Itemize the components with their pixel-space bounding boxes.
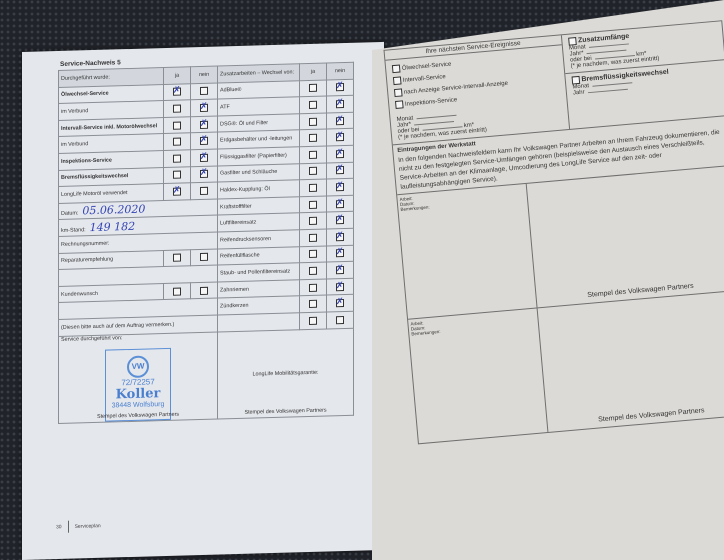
page-footer: 30Serviceplan — [56, 520, 101, 533]
extra-yes-checkbox[interactable] — [309, 233, 317, 241]
left-page: Service-Nachweis 5 Durchgeführt wurde: j… — [22, 42, 384, 560]
yes-checkbox[interactable] — [173, 188, 181, 196]
handwritten-value[interactable]: 05.06.2020 — [82, 203, 145, 218]
header-no: nein — [191, 66, 218, 83]
yes-checkbox[interactable] — [173, 88, 181, 96]
extra-yes-checkbox[interactable] — [309, 316, 317, 324]
service-by-cell: Service durchgeführt von: VW 72/72257 Ko… — [59, 332, 218, 423]
yes-checkbox[interactable] — [173, 154, 181, 162]
extra-yes-checkbox[interactable] — [309, 184, 317, 192]
stamp-caption-2: Stempel des Volkswagen Partners — [218, 406, 353, 416]
yes-checkbox[interactable] — [173, 105, 181, 113]
no-checkbox[interactable] — [200, 154, 208, 162]
extra-yes-checkbox[interactable] — [309, 250, 317, 258]
extra-yes-checkbox[interactable] — [309, 200, 317, 208]
entry-stamp-area-2: Stempel des Volkswagen Partners — [538, 290, 724, 432]
yes-checkbox[interactable] — [173, 138, 181, 146]
brake-checkbox[interactable] — [572, 76, 581, 85]
entry-stamp-caption-2: Stempel des Volkswagen Partners — [547, 403, 724, 428]
brake-year-field[interactable] — [588, 89, 628, 93]
right-page: Ihre nächsten Service-Ereignisse Ölwechs… — [372, 0, 724, 560]
vw-logo-icon: VW — [127, 355, 149, 378]
extra-no-checkbox[interactable] — [336, 150, 344, 158]
extra-no-checkbox[interactable] — [336, 83, 344, 91]
next-service-checkbox[interactable] — [392, 64, 401, 73]
next-services-box: Ihre nächsten Service-Ereignisse Ölwechs… — [383, 20, 724, 444]
mobility-label: LongLife Mobilitätsgarantie: — [220, 368, 351, 378]
yes-checkbox[interactable] — [173, 171, 181, 179]
extra-no-checkbox[interactable] — [336, 249, 344, 257]
no-checkbox[interactable] — [200, 286, 208, 294]
header-yes-2: ja — [300, 63, 327, 80]
extra-no-checkbox[interactable] — [336, 133, 344, 141]
yes-checkbox[interactable] — [173, 287, 181, 295]
extra-yes-checkbox[interactable] — [309, 151, 317, 159]
yes-checkbox[interactable] — [173, 121, 181, 129]
entry-fields-1: Arbeit: Datum: Bemerkungen: — [397, 184, 537, 319]
handwritten-value[interactable]: 149 182 — [90, 219, 136, 233]
section-name: Serviceplan — [75, 523, 101, 530]
extra-no-checkbox[interactable] — [336, 100, 344, 108]
entry-stamp-area-1: Stempel des Volkswagen Partners — [527, 166, 724, 308]
no-checkbox[interactable] — [200, 253, 208, 261]
extra-yes-checkbox[interactable] — [309, 300, 317, 308]
extra-no-checkbox[interactable] — [336, 166, 344, 174]
header-no-2: nein — [327, 62, 354, 79]
header-yes: ja — [164, 67, 191, 84]
no-checkbox[interactable] — [200, 104, 208, 112]
extra-no-checkbox[interactable] — [336, 117, 344, 125]
extra-yes-checkbox[interactable] — [309, 134, 317, 142]
service-record-table: Durchgeführt wurde: ja nein Zusatzarbeit… — [58, 62, 354, 424]
extra-yes-checkbox[interactable] — [309, 217, 317, 225]
next-service-checkbox[interactable] — [394, 88, 403, 97]
extra-no-checkbox[interactable] — [336, 316, 344, 324]
no-checkbox[interactable] — [200, 120, 208, 128]
extras-checkbox[interactable] — [568, 37, 577, 46]
field-label: km-Stand: — [61, 227, 86, 234]
no-checkbox[interactable] — [200, 87, 208, 95]
extra-no-checkbox[interactable] — [336, 266, 344, 274]
extra-no-checkbox[interactable] — [336, 233, 344, 241]
extra-no-checkbox[interactable] — [336, 283, 344, 291]
extra-yes-checkbox[interactable] — [309, 117, 317, 125]
dealer-stamp: VW 72/72257 Koller 38448 Wolfsburg — [105, 347, 171, 421]
mobility-cell: LongLife Mobilitätsgarantie: Stempel des… — [218, 328, 354, 419]
extra-yes-checkbox[interactable] — [309, 84, 317, 92]
entry-fields-2: Arbeit: Datum: Bemerkungen: — [408, 308, 548, 443]
no-checkbox[interactable] — [200, 137, 208, 145]
footer-divider — [68, 521, 69, 533]
extra-yes-checkbox[interactable] — [309, 167, 317, 175]
extra-no-checkbox[interactable] — [336, 183, 344, 191]
stamp-city: 38448 Wolfsburg — [106, 400, 170, 409]
next-service-label: Inspektions-Service — [405, 97, 458, 108]
yes-checkbox[interactable] — [173, 254, 181, 262]
next-service-checkbox[interactable] — [393, 76, 402, 85]
no-checkbox[interactable] — [200, 170, 208, 178]
extra-yes-checkbox[interactable] — [309, 283, 317, 291]
no-checkbox[interactable] — [200, 187, 208, 195]
page-number: 30 — [56, 524, 62, 530]
extra-no-checkbox[interactable] — [336, 200, 344, 208]
extra-yes-checkbox[interactable] — [309, 101, 317, 109]
extra-yes-checkbox[interactable] — [309, 267, 317, 275]
extra-no-checkbox[interactable] — [336, 299, 344, 307]
extra-no-checkbox[interactable] — [336, 216, 344, 224]
field-label: Datum: — [61, 210, 78, 216]
brake-year-label: Jahr — [573, 89, 585, 96]
next-service-checkbox[interactable] — [395, 100, 404, 109]
